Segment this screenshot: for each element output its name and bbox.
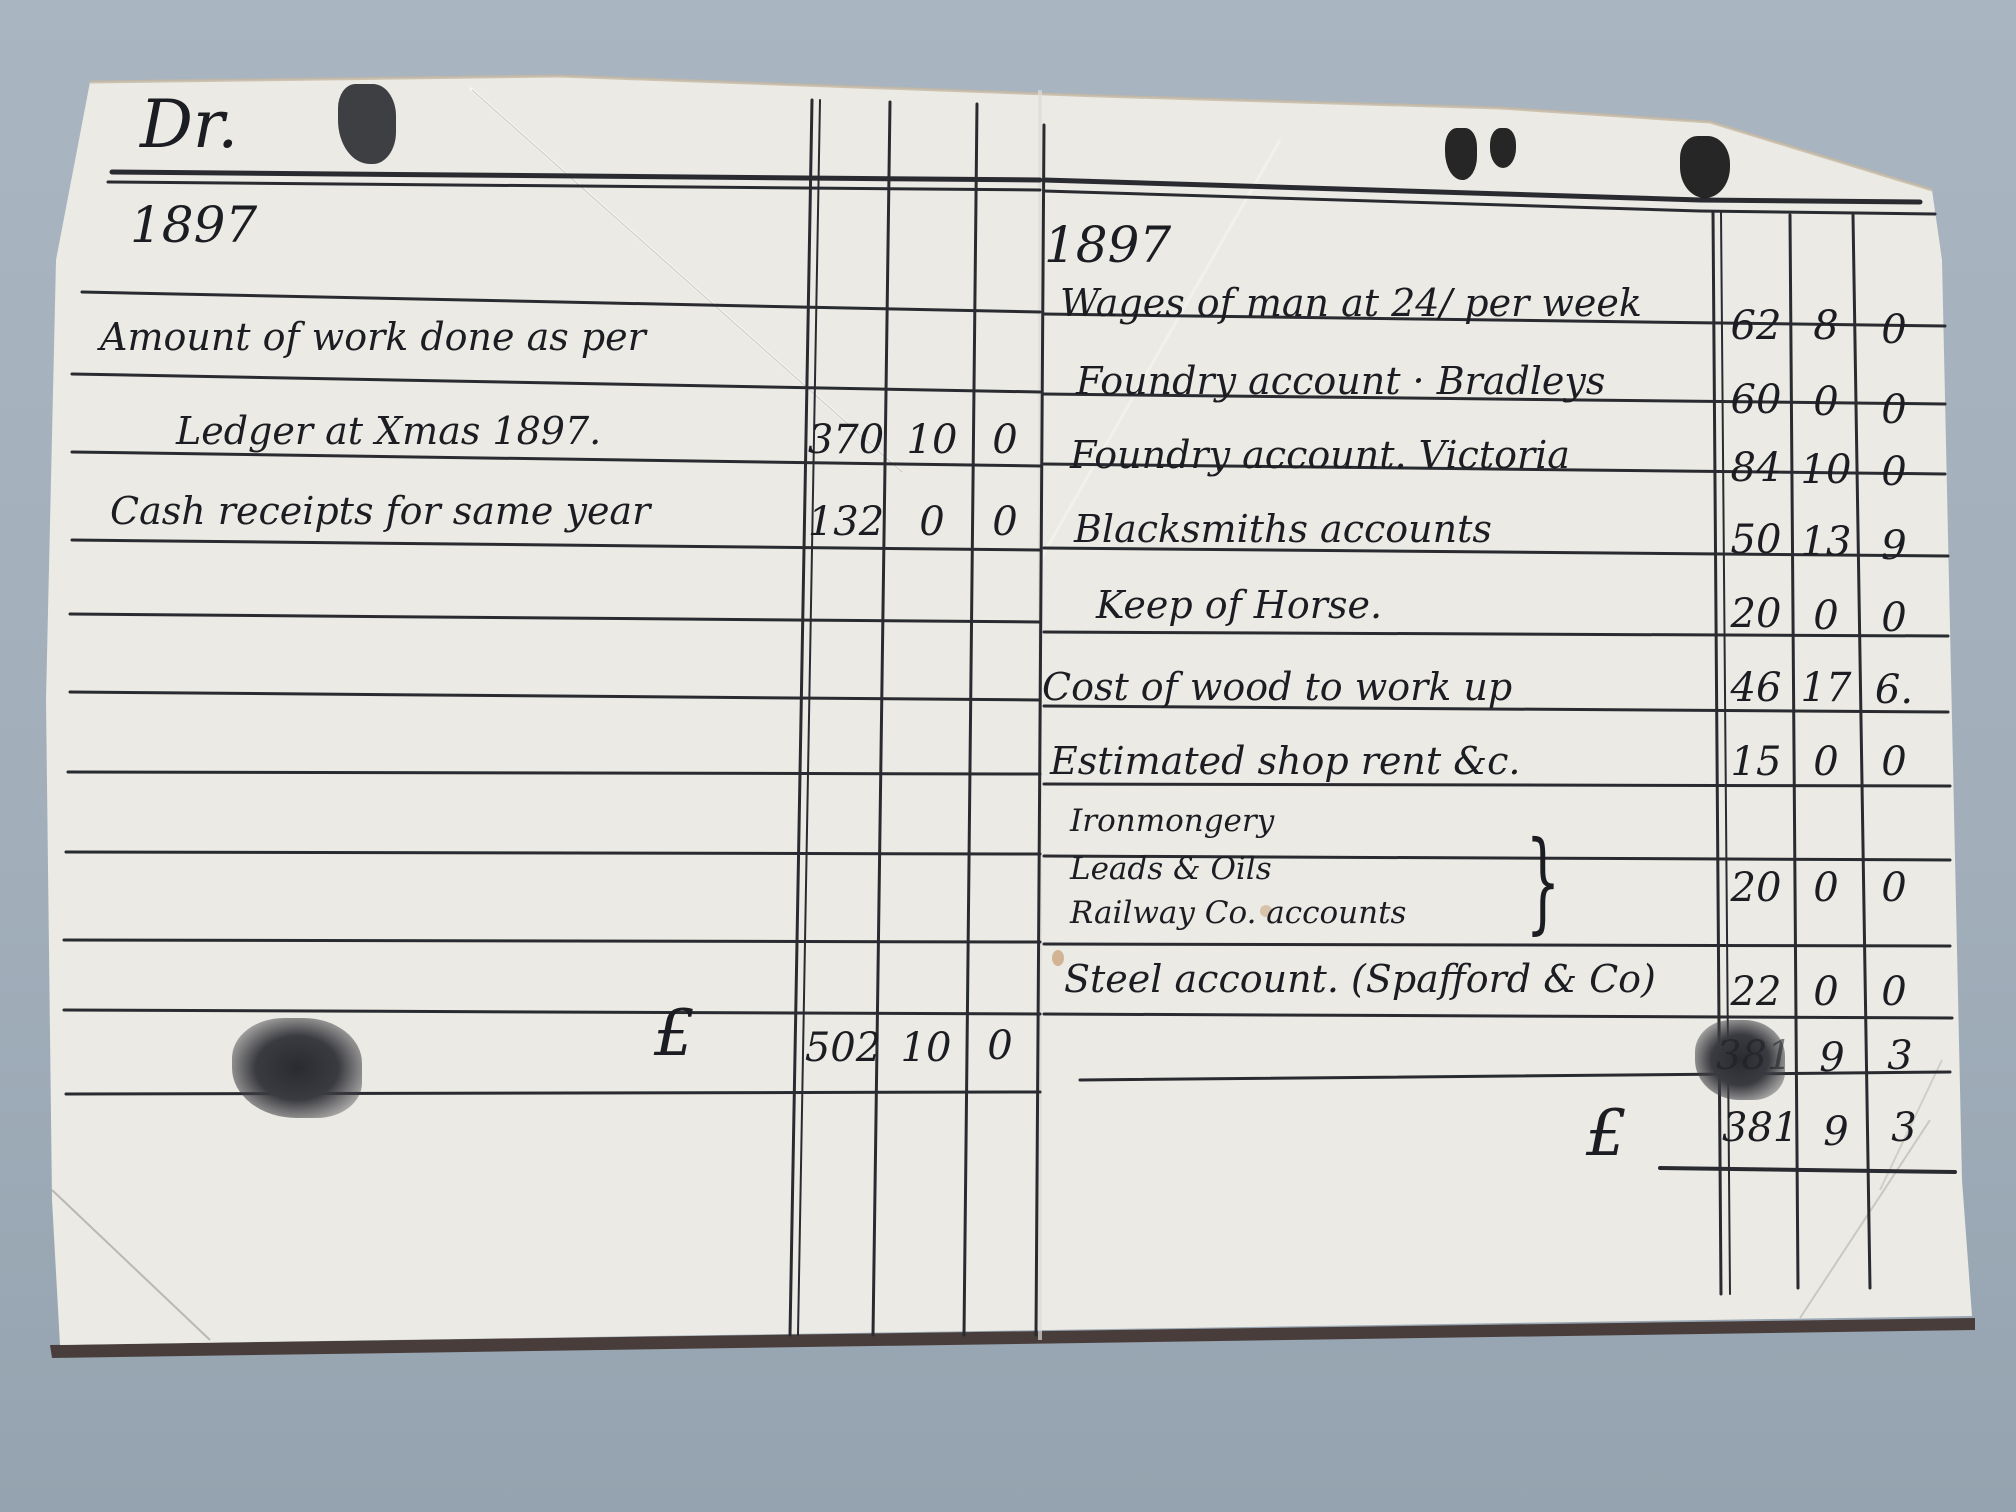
- credit-entry-pounds: 62: [1722, 306, 1790, 346]
- credit-entry-shillings: 0: [1794, 596, 1858, 636]
- credit-entry-description: Foundry account · Bradleys: [1076, 362, 1605, 400]
- credit-total-symbol: £: [1586, 1102, 1627, 1166]
- credit-entry-pence: 0: [1862, 390, 1926, 430]
- credit-entry-description: Estimated shop rent &c.: [1050, 742, 1520, 780]
- credit-entry-shillings: 17: [1794, 668, 1858, 708]
- foxing-stain-icon: [1052, 950, 1064, 966]
- group-bracket: }: [1526, 826, 1561, 936]
- credit-subtotal-shillings: 9: [1800, 1038, 1864, 1078]
- credit-entry-shillings: 0: [1794, 868, 1858, 908]
- debit-total-symbol: £: [654, 1002, 695, 1066]
- credit-entry-shillings: 0: [1794, 972, 1858, 1012]
- credit-entry-pounds: 50: [1722, 520, 1790, 560]
- debit-total-pounds: 502: [800, 1028, 886, 1068]
- debit-entry-1-pounds: 370: [806, 420, 886, 460]
- credit-year: 1897: [1044, 220, 1171, 270]
- credit-entry-description: Keep of Horse.: [1096, 586, 1382, 624]
- credit-entry-description: Wages of man at 24/ per week: [1060, 284, 1642, 322]
- credit-total-shillings: 9: [1804, 1112, 1868, 1152]
- credit-entry-pounds: 46: [1722, 668, 1790, 708]
- credit-entry-description: Blacksmiths accounts: [1074, 510, 1492, 548]
- debit-entry-2-pence: 0: [975, 502, 1035, 542]
- debit-year: 1897: [130, 200, 257, 250]
- debit-entry-2-pounds: 132: [806, 502, 886, 542]
- credit-entry-group-line: Leads & Oils: [1070, 854, 1272, 885]
- credit-entry-group-line: Ironmongery: [1070, 806, 1274, 837]
- ink-blot-icon: [1490, 128, 1516, 168]
- credit-entry-pounds: 15: [1722, 742, 1790, 782]
- ink-blot-icon: [1680, 136, 1730, 198]
- debit-entry-1-line-1: Amount of work done as per: [100, 318, 646, 356]
- credit-entry-pence: 0: [1862, 868, 1926, 908]
- credit-subtotal-pounds: 381: [1716, 1036, 1792, 1076]
- credit-entry-pence: 0: [1862, 310, 1926, 350]
- credit-entry-pence: 0: [1862, 452, 1926, 492]
- credit-entry-shillings: 10: [1794, 450, 1858, 490]
- debit-total-shillings: 10: [886, 1028, 966, 1068]
- debit-entry-1-pence: 0: [975, 420, 1035, 460]
- credit-entry-shillings: 0: [1794, 742, 1858, 782]
- credit-entry-pence: 0: [1862, 972, 1926, 1012]
- ledger-sheet: Dr. 1897 Amount of work done as per Ledg…: [0, 0, 2016, 1512]
- debit-total-pence: 0: [970, 1026, 1030, 1066]
- credit-entry-pounds: 20: [1722, 594, 1790, 634]
- credit-entry-pence: 6.: [1862, 670, 1926, 710]
- credit-entry-shillings: 0: [1794, 382, 1858, 422]
- credit-entry-pence: 9: [1862, 526, 1926, 566]
- credit-entry-pounds: 84: [1722, 448, 1790, 488]
- credit-entry-pounds: 60: [1722, 380, 1790, 420]
- credit-entry-pounds: 20: [1722, 868, 1790, 908]
- debit-entry-2-description: Cash receipts for same year: [110, 492, 650, 530]
- debit-heading: Dr.: [140, 92, 238, 158]
- debit-entry-1-shillings: 10: [892, 420, 972, 460]
- credit-subtotal-pence: 3: [1868, 1036, 1932, 1076]
- credit-entry-description: Foundry account. Victoria: [1070, 436, 1570, 474]
- debit-entry-2-shillings: 0: [892, 502, 972, 542]
- credit-entry-shillings: 13: [1794, 522, 1858, 562]
- debit-entry-1-line-2: Ledger at Xmas 1897.: [176, 412, 601, 450]
- ink-blot-icon: [1445, 128, 1477, 180]
- credit-entry-pence: 0: [1862, 598, 1926, 638]
- credit-entry-description: Steel account. (Spafford & Co): [1064, 960, 1656, 998]
- ink-blot-icon: [232, 1018, 362, 1118]
- credit-entry-pounds: 22: [1722, 972, 1790, 1012]
- credit-entry-description: Cost of wood to work up: [1042, 668, 1512, 706]
- credit-entry-pence: 0: [1862, 742, 1926, 782]
- paper-ruling: [0, 0, 2016, 1512]
- credit-total-pence: 3: [1872, 1108, 1936, 1148]
- credit-entry-shillings: 8: [1794, 306, 1858, 346]
- credit-entry-group-line: Railway Co. accounts: [1070, 898, 1406, 929]
- credit-total-pounds: 381: [1722, 1108, 1798, 1148]
